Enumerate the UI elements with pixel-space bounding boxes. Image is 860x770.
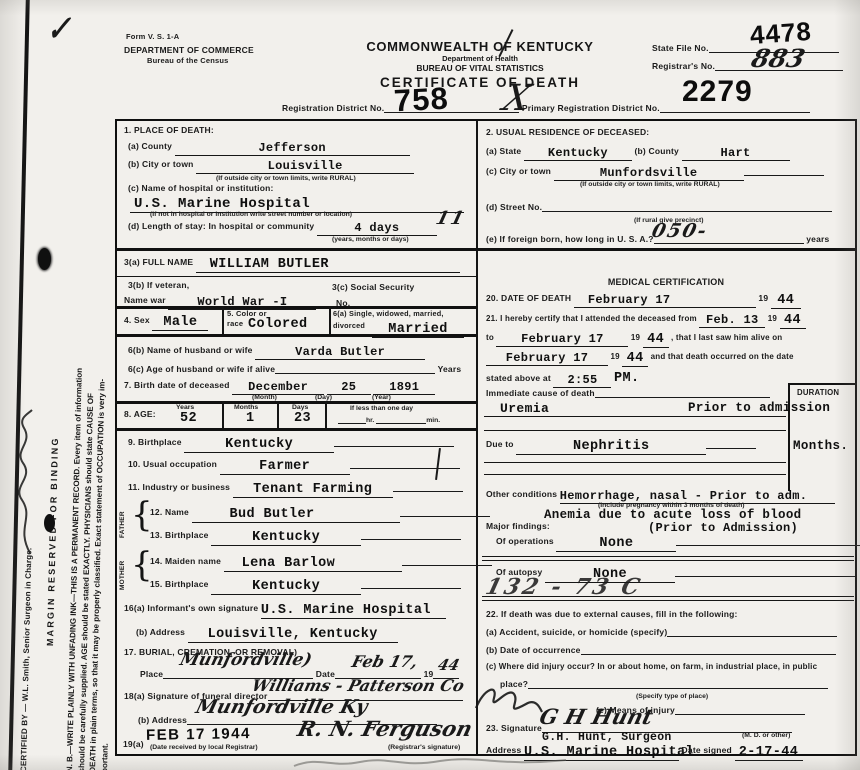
residence-heading: 2. USUAL RESIDENCE OF DECEASED:: [486, 128, 649, 137]
spouse-row: 6(b) Name of husband or wife Varda Butle…: [128, 346, 425, 360]
accident-row: (a) Accident, suicide, or homicide (spec…: [486, 628, 837, 637]
column-divider: [476, 121, 478, 754]
mother-side-label: MOTHER: [120, 552, 127, 590]
informant-address-row: (b) Address Louisville, Kentucky: [136, 628, 398, 643]
birthplace-row: 9. Birthplace Kentucky: [128, 438, 454, 453]
mother-name-value: Lena Barlow: [224, 557, 402, 572]
place-city-row: (b) City or town Louisville: [128, 160, 414, 174]
director-address-label: (b) Address: [138, 715, 187, 725]
mother-name-label: 14. Maiden name: [150, 556, 221, 566]
accident-label: (a) Accident, suicide, or homicide (spec…: [486, 627, 667, 637]
from-year-prefix: 19: [768, 314, 777, 323]
to-year-value: 44: [643, 333, 669, 348]
handwritten-signature-artifact: [8, 408, 38, 558]
color-label-2: race: [227, 320, 243, 328]
place-hospital-note: (If not in hospital or institution write…: [150, 211, 352, 218]
handwritten-stay-mark: 11: [434, 210, 468, 229]
residence-county-label: (b) County: [634, 146, 679, 156]
father-name-label: 12. Name: [150, 507, 189, 517]
to-year-prefix: 19: [631, 333, 640, 342]
spouse-age-suffix: Years: [438, 364, 462, 374]
blank-cause-line: [484, 462, 786, 463]
place-county-label: (a) County: [128, 141, 172, 151]
major-findings-label: Major findings:: [486, 522, 550, 531]
operations-row: Of operations None: [496, 537, 860, 552]
color-value: Colored: [248, 318, 308, 332]
residence-state-county-row: (a) State Kentucky (b) County Hart: [486, 147, 790, 161]
war-label: Name war: [124, 295, 166, 305]
ssn-label: 3(c) Social Security: [332, 283, 414, 292]
check-mark: ✓: [46, 12, 71, 48]
registrar-number: 883: [749, 46, 808, 72]
registrar-no-row: Registrar's No.: [652, 62, 843, 71]
due-to-row: Due to Nephritis: [486, 440, 756, 455]
birth-date-row: 7. Birth date of deceased December 25 18…: [124, 381, 435, 395]
other-conditions-value-3: (Prior to Admission): [648, 522, 798, 535]
certify-line-1: 21. I hereby certify that I attended the…: [486, 314, 806, 329]
age-label: 8. AGE:: [124, 410, 156, 419]
time-suffix: PM.: [614, 371, 640, 386]
informant-address-label: (b) Address: [136, 627, 185, 637]
industry-label: 11. Industry or business: [128, 482, 230, 492]
section-divider-thin: [482, 600, 854, 601]
physician-signature-caption: (M. D. or other): [742, 732, 790, 739]
industry-row: 11. Industry or business Tenant Farming: [128, 483, 463, 498]
father-birthplace-row: 13. Birthplace Kentucky: [150, 531, 461, 546]
place-stay-row: (d) Length of stay: In hospital or commu…: [128, 222, 437, 236]
immediate-cause-label: Immediate cause of death: [486, 388, 595, 398]
residence-county-value: Hart: [682, 147, 790, 161]
physician-signature-typed: G.H. Hunt, Surgeon: [542, 732, 672, 744]
marital-label-2: divorced: [333, 322, 365, 330]
cell-divider: [325, 401, 327, 428]
bureau-vital-statistics: BUREAU OF VITAL STATISTICS: [330, 64, 630, 73]
father-side-label: FATHER: [120, 502, 127, 538]
operations-label: Of operations: [496, 536, 554, 546]
residence-state-label: (a) State: [486, 146, 521, 156]
sex-row: 4. Sex Male: [124, 316, 208, 331]
cell-divider: [329, 306, 331, 334]
date-received-stamp: FEB 17 1944: [146, 726, 251, 744]
injury-where-note: (Specify type of place): [636, 693, 708, 700]
ink-blob: [44, 514, 55, 532]
veteran-label: 3(b) If veteran,: [128, 281, 189, 290]
full-name-label: 3(a) FULL NAME: [124, 257, 193, 267]
age-min-label: min.: [426, 417, 440, 424]
row-divider: [117, 276, 476, 277]
attended-to-value: February 17: [496, 333, 628, 347]
spouse-age-label: 6(c) Age of husband or wife if alive: [128, 364, 275, 374]
registrar-no-label: Registrar's No.: [652, 61, 715, 71]
section-divider: [115, 248, 857, 251]
occupation-row: 10. Usual occupation Farmer: [128, 460, 460, 475]
birth-day: 25: [327, 381, 371, 395]
certify-text-3: and that death occurred on the date: [651, 352, 794, 361]
burial-year-value: 44: [436, 658, 461, 674]
certified-by-text: CERTIFIED BY — W.L. Smith, Senior Surgeo…: [19, 548, 33, 770]
certify-text-1: 21. I hereby certify that I attended the…: [486, 314, 697, 323]
row-divider: [115, 334, 477, 337]
registrar-signature-caption: (Registrar's signature): [388, 744, 460, 751]
age-less-label: If less than one day: [350, 405, 413, 412]
dod-year-value: 44: [771, 294, 801, 309]
place-county-row: (a) County Jefferson: [128, 142, 410, 156]
cause-underline: [484, 416, 786, 417]
place-hospital-label: (c) Name of hospital or institution:: [128, 184, 274, 193]
cell-divider: [222, 401, 224, 428]
birth-year: 1891: [373, 381, 435, 395]
cell-divider: [277, 401, 279, 428]
residence-state-value: Kentucky: [524, 147, 632, 161]
residence-years-suffix: years: [806, 234, 829, 244]
birth-date-label: 7. Birth date of deceased: [124, 380, 230, 390]
place-stay-value: 4 days: [317, 222, 437, 236]
burial-place-value: Munfordville): [178, 652, 314, 670]
row-divider: [115, 428, 477, 431]
father-birthplace-label: 13. Birthplace: [150, 530, 209, 540]
sex-value: Male: [152, 316, 208, 331]
time-of-death-value: 2:55: [553, 374, 611, 388]
bureau-of-census: Bureau of the Census: [147, 57, 229, 65]
place-county-value: Jefferson: [175, 142, 410, 156]
funeral-director-signature: Williams - Patterson Co: [250, 678, 466, 695]
father-name-value: Bud Butler: [192, 508, 400, 523]
received-row-label: 19(a): [123, 740, 144, 749]
immediate-duration-value: Prior to admission: [688, 402, 830, 415]
age-hr-label: hr.: [366, 417, 374, 424]
duration-label: DURATION: [797, 389, 839, 397]
occurrence-date-label: (b) Date of occurrence: [486, 645, 581, 655]
immediate-cause-row: Immediate cause of death: [486, 389, 770, 398]
date-of-death-row: 20. DATE OF DEATH February 17 19 44: [486, 294, 801, 309]
primary-district-label: Primary Registration District No.: [522, 103, 660, 113]
date-signed-value: 2-17-44: [735, 746, 803, 761]
due-to-duration-value: Months.: [793, 440, 848, 453]
residence-street-label: (d) Street No.: [486, 202, 542, 212]
other-conditions-label: Other conditions: [486, 489, 557, 499]
place-city-value: Louisville: [196, 160, 414, 174]
place-stay-note: (years, months or days): [332, 236, 409, 243]
mother-birthplace-row: 15. Birthplace Kentucky: [150, 580, 461, 595]
medical-certification-heading: MEDICAL CERTIFICATION: [546, 278, 786, 287]
full-name-row: 3(a) FULL NAME WILLIAM BUTLER: [124, 258, 460, 273]
mother-name-row: 14. Maiden name Lena Barlow: [150, 557, 492, 572]
blank-cause-line: [484, 474, 786, 475]
certify-line-3: February 17 19 44 and that death occurre…: [486, 352, 794, 367]
residence-foreign-label: (e) If foreign born, how long in U. S. A…: [486, 234, 654, 244]
dod-year-prefix: 19: [758, 293, 768, 303]
attended-from-value: Feb. 13: [699, 314, 765, 328]
alive-year-value: 44: [622, 352, 648, 367]
registration-district-number: 758: [393, 83, 449, 118]
industry-value: Tenant Farming: [233, 483, 393, 498]
residence-city-row: (c) City or town Munfordsville: [486, 167, 824, 181]
binding-text: MARGIN RESERVED FOR BINDING: [45, 436, 60, 646]
findings-divider: [482, 560, 854, 561]
age-days-value: 23: [294, 412, 311, 426]
date-of-death-value: February 17: [574, 294, 756, 308]
from-year-value: 44: [780, 314, 806, 329]
birthplace-label: 9. Birthplace: [128, 437, 182, 447]
sex-label: 4. Sex: [124, 315, 150, 325]
operations-value: None: [556, 537, 676, 552]
residence-street-row: (d) Street No.: [486, 203, 832, 212]
burial-date-value: Feb 17,: [350, 654, 419, 671]
scan-cutoff-artifact: [290, 754, 570, 770]
registrar-signature: R. N. Ferguson: [295, 718, 474, 740]
residence-city-note: (If outside city or town limits, write R…: [580, 181, 720, 188]
due-to-label: Due to: [486, 439, 514, 449]
birthplace-value: Kentucky: [184, 438, 334, 453]
injury-where-row-2: place?: [500, 680, 828, 689]
father-name-row: 12. Name Bud Butler: [150, 508, 490, 523]
occurrence-date-row: (b) Date of occurrence: [486, 646, 836, 655]
spouse-age-row: 6(c) Age of husband or wife if alive Yea…: [128, 365, 461, 374]
external-causes-heading: 22. If death was due to external causes,…: [486, 610, 738, 619]
place-hospital-row: U.S. Marine Hospital: [130, 193, 464, 213]
informant-signature-row: 16(a) Informant's own signature U.S. Mar…: [124, 604, 446, 619]
occupation-value: Farmer: [220, 460, 350, 475]
residence-foreign-value: 050-: [650, 222, 711, 242]
margin-binding-label: MARGIN RESERVED FOR BINDING: [46, 340, 65, 646]
residence-city-label: (c) City or town: [486, 166, 551, 176]
residence-city-value: Munfordsville: [554, 167, 744, 181]
ink-blob: [38, 248, 51, 270]
date-signed-label: Date signed: [682, 745, 732, 755]
department-of-health: Department of Health: [330, 55, 630, 63]
age-hr-min-row: hr. min.: [338, 417, 440, 424]
spouse-label: 6(b) Name of husband or wife: [128, 345, 253, 355]
place-city-note: (If outside city or town limits, write R…: [216, 175, 356, 182]
immediate-cause-value: Uremia: [500, 402, 549, 416]
mother-birthplace-label: 15. Birthplace: [150, 579, 209, 589]
duration-box: [788, 383, 857, 491]
age-months-value: 1: [246, 412, 255, 426]
director-address-value: Munfordville Ky: [194, 698, 370, 718]
form-number: Form V. S. 1-A: [126, 33, 179, 41]
due-to-value: Nephritis: [516, 440, 706, 455]
to-label: to: [486, 333, 494, 342]
primary-district-number: 2279: [682, 76, 753, 108]
commonwealth-title: COMMONWEALTH OF KENTUCKY: [330, 40, 630, 54]
full-name-value: WILLIAM BUTLER: [196, 258, 460, 273]
place-city-label: (b) City or town: [128, 159, 194, 169]
father-birthplace-value: Kentucky: [211, 531, 361, 546]
cell-divider: [222, 306, 224, 334]
date-of-death-label: 20. DATE OF DEATH: [486, 293, 571, 303]
burial-place-label: Place: [140, 669, 163, 679]
informant-address-value: Louisville, Kentucky: [188, 628, 398, 643]
state-file-label: State File No.: [652, 43, 709, 53]
alive-on-value: February 17: [486, 352, 608, 366]
certify-text-2: , that I last saw him alive on: [671, 333, 782, 342]
injury-where-label-1: (c) Where did injury occur? In or about …: [486, 663, 817, 671]
certificate-title: CERTIFICATE OF DEATH: [330, 76, 630, 90]
age-years-value: 52: [180, 412, 197, 426]
place-of-death-heading: 1. PLACE OF DEATH:: [124, 126, 214, 135]
birth-month: December: [232, 381, 324, 395]
date-received-caption: (Date received by local Registrar): [150, 744, 258, 751]
informant-signature-value: U.S. Marine Hospital: [261, 604, 446, 619]
physician-signature-label: 23. Signature: [486, 723, 542, 733]
department-of-commerce: DEPARTMENT OF COMMERCE: [124, 46, 254, 55]
registration-district-label: Registration District No.: [282, 103, 384, 113]
occupation-label: 10. Usual occupation: [128, 459, 217, 469]
place-stay-label: (d) Length of stay: In hospital or commu…: [128, 221, 314, 231]
spouse-value: Varda Butler: [255, 346, 425, 360]
informant-signature-label: 16(a) Informant's own signature: [124, 603, 258, 613]
findings-divider: [482, 556, 854, 557]
blank-cause-line: [484, 430, 786, 431]
marital-label-1: 6(a) Single, widowed, married,: [333, 310, 444, 318]
physician-signature-script: G H Hunt: [537, 706, 655, 728]
certify-line-2: to February 17 19 44 , that I last saw h…: [486, 333, 782, 348]
death-certificate-scan: CERTIFIED BY — W.L. Smith, Senior Surgeo…: [0, 0, 860, 770]
alive-year-prefix: 19: [610, 352, 619, 361]
certify-line-4: stated above at 2:55 PM.: [486, 372, 640, 388]
section-divider-thin: [482, 596, 854, 597]
mother-birthplace-value: Kentucky: [211, 580, 361, 595]
stray-signature-flourish: [474, 678, 544, 718]
stated-above-label: stated above at: [486, 373, 551, 383]
